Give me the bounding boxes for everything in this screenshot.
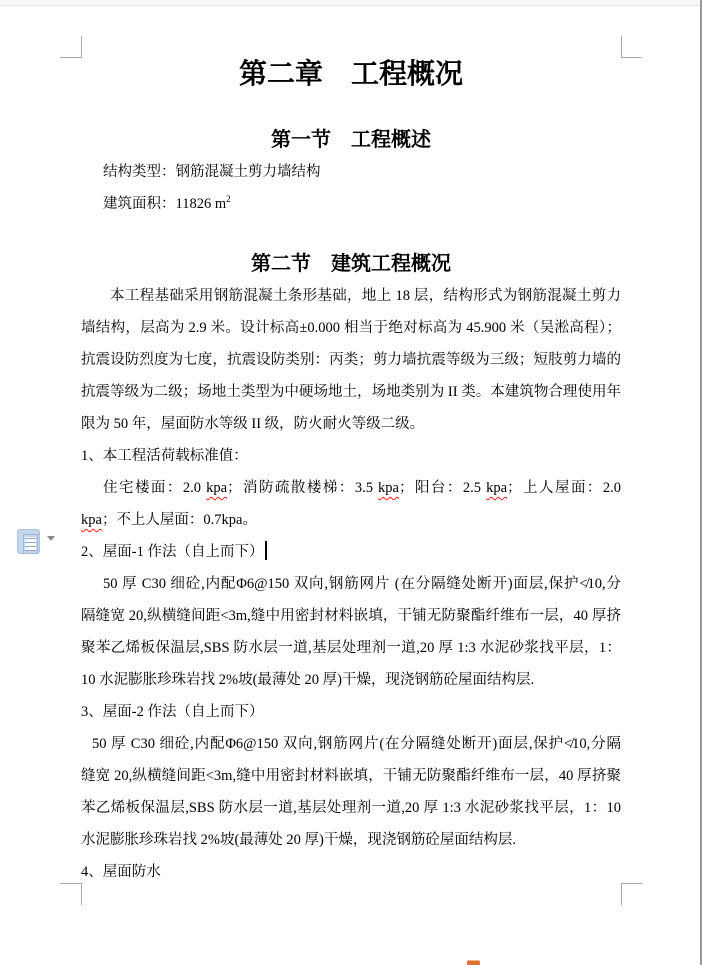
- chapter-title: 第二章 工程概况: [81, 58, 621, 92]
- text-boundary-mark-top-right-h: [621, 57, 642, 58]
- text-segment: 隔缝宽 20,纵横缝间距<3m,缝中用密封材料嵌填，干铺无防聚酯纤维布一层，40…: [81, 608, 621, 624]
- live-load-line: 住宅楼面：2.0 kpa；消防疏散楼梯：3.5 kpa；阳台：2.5 kpa；上…: [81, 472, 621, 504]
- section-1-heading: 第一节 工程概述: [81, 124, 621, 156]
- word-print-layout-view: 第二章 工程概况 第一节 工程概述结构类型：钢筋混凝土剪力墙结构建筑面积：118…: [0, 0, 702, 965]
- text-segment: ；上人屋面：2.0: [507, 480, 621, 496]
- text-segment: 50 厚 C30 细砼,内配Φ6@150 双向,钢筋网片 (在分隔缝处断开)面层…: [103, 576, 621, 592]
- roof1-method-line: 50 厚 C30 细砼,内配Φ6@150 双向,钢筋网片 (在分隔缝处断开)面层…: [81, 568, 621, 600]
- text-segment: 2: [226, 194, 231, 204]
- text-segment: 苯乙烯板保温层,SBS 防水层一道,基层处理剂一道,20 厚 1:3 水泥砂浆找…: [81, 800, 621, 816]
- text-cursor: [265, 541, 267, 560]
- list-item-1: 1、本工程活荷载标准值：: [81, 440, 621, 472]
- bottom-edge-marker: [467, 960, 480, 965]
- text-segment: 墙结构，层高为 2.9 米。设计标高±0.000 相当于绝对标高为 45.900…: [81, 320, 621, 336]
- text-segment: 聚苯乙烯板保温层,SBS 防水层一道,基层处理剂一道,20 厚 1:3 水泥砂浆…: [81, 640, 621, 656]
- text-segment: 1、本工程活荷载标准值：: [81, 448, 248, 464]
- structure-type-line: 结构类型：钢筋混凝土剪力墙结构: [81, 156, 621, 188]
- overview-paragraph-line: 本工程基础采用钢筋混凝土条形基础，地上 18 层，结构形式为钢筋混凝土剪力: [81, 280, 621, 312]
- text-segment: 本工程基础采用钢筋混凝土条形基础，地上 18 层，结构形式为钢筋混凝土剪力: [110, 288, 621, 304]
- overview-paragraph-line: 墙结构，层高为 2.9 米。设计标高±0.000 相当于绝对标高为 45.900…: [81, 312, 621, 344]
- spellcheck-flagged-text: kpa: [206, 480, 227, 496]
- document-page-text[interactable]: 第二章 工程概况 第一节 工程概述结构类型：钢筋混凝土剪力墙结构建筑面积：118…: [81, 58, 621, 888]
- section-2-heading: 第二节 建筑工程概况: [81, 248, 621, 280]
- paste-options-clipboard-icon[interactable]: [17, 529, 40, 554]
- text-boundary-mark-bottom-right-h: [621, 883, 642, 884]
- spellcheck-flagged-text: kpa: [486, 480, 507, 496]
- text-segment: ；不上人屋面：0.7kpa。: [102, 512, 257, 528]
- overview-paragraph-line: 限为 50 年，屋面防水等级 II 级，防火耐火等级二级。: [81, 408, 621, 440]
- chevron-down-icon[interactable]: [47, 536, 55, 541]
- text-segment: 10 水泥膨胀珍珠岩找 2%坡(最薄处 20 厚)干燥，现浇钢筋砼屋面结构层.: [81, 672, 534, 688]
- roof2-method-line: 缝宽 20,纵横缝间距<3m,缝中用密封材料嵌填，干铺无防聚酯纤维布一层，40 …: [81, 760, 621, 792]
- text-boundary-mark-bottom-right-v: [621, 883, 622, 905]
- text-segment: 水泥膨胀珍珠岩找 2%坡(最薄处 20 厚)干燥，现浇钢筋砼屋面结构层.: [81, 832, 516, 848]
- building-area-line: 建筑面积：11826 m2: [81, 188, 621, 220]
- text-segment: ；消防疏散楼梯：3.5: [227, 480, 378, 496]
- text-segment: 2、屋面-1 作法（自上而下）: [81, 544, 263, 560]
- text-segment: 50 厚 C30 细砼,内配Φ6@150 双向,钢筋网片(在分隔缝处断开)面层,…: [92, 736, 621, 752]
- roof2-method-line: 苯乙烯板保温层,SBS 防水层一道,基层处理剂一道,20 厚 1:3 水泥砂浆找…: [81, 792, 621, 824]
- text-segment: 抗震等级为二级；场地土类型为中硬场地土，场地类别为 II 类。本建筑物合理使用年: [81, 384, 621, 400]
- overview-paragraph-line: 抗震等级为二级；场地土类型为中硬场地土，场地类别为 II 类。本建筑物合理使用年: [81, 376, 621, 408]
- roof2-method-line: 水泥膨胀珍珠岩找 2%坡(最薄处 20 厚)干燥，现浇钢筋砼屋面结构层.: [81, 824, 621, 856]
- list-item-4: 4、屋面防水: [81, 856, 621, 888]
- text-boundary-mark-top-left-h: [60, 57, 81, 58]
- text-segment: 4、屋面防水: [81, 864, 161, 880]
- text-boundary-mark-bottom-left-h: [60, 883, 81, 884]
- text-segment: 建筑面积：11826 m: [103, 196, 226, 212]
- document-page-glyph: [23, 534, 38, 554]
- text-segment: 住宅楼面：2.0: [103, 480, 206, 496]
- list-item-2: 2、屋面-1 作法（自上而下）: [81, 536, 621, 568]
- overview-paragraph-line: 抗震设防烈度为七度，抗震设防类别：丙类；剪力墙抗震等级为三级；短肢剪力墙的: [81, 344, 621, 376]
- text-segment: 抗震设防烈度为七度，抗震设防类别：丙类；剪力墙抗震等级为三级；短肢剪力墙的: [81, 352, 621, 368]
- text-segment: 限为 50 年，屋面防水等级 II 级，防火耐火等级二级。: [81, 416, 424, 432]
- roof1-method-line: 10 水泥膨胀珍珠岩找 2%坡(最薄处 20 厚)干燥，现浇钢筋砼屋面结构层.: [81, 664, 621, 696]
- roof1-method-line: 隔缝宽 20,纵横缝间距<3m,缝中用密封材料嵌填，干铺无防聚酯纤维布一层，40…: [81, 600, 621, 632]
- text-boundary-mark-top-left-v: [81, 36, 82, 58]
- live-load-line: kpa；不上人屋面：0.7kpa。: [81, 504, 621, 536]
- list-item-3: 3、屋面-2 作法（自上而下）: [81, 696, 621, 728]
- text-segment: 3、屋面-2 作法（自上而下）: [81, 704, 263, 720]
- text-segment: 缝宽 20,纵横缝间距<3m,缝中用密封材料嵌填，干铺无防聚酯纤维布一层，40 …: [81, 768, 621, 784]
- spellcheck-flagged-text: kpa: [81, 512, 102, 528]
- text-boundary-mark-top-right-v: [621, 36, 622, 58]
- text-segment: 结构类型：钢筋混凝土剪力墙结构: [103, 164, 321, 180]
- roof1-method-line: 聚苯乙烯板保温层,SBS 防水层一道,基层处理剂一道,20 厚 1:3 水泥砂浆…: [81, 632, 621, 664]
- text-segment: ；阳台：2.5: [399, 480, 486, 496]
- spellcheck-flagged-text: kpa: [378, 480, 399, 496]
- paste-options-button[interactable]: [17, 529, 59, 555]
- window-top-edge: [0, 0, 702, 6]
- roof2-method-line: 50 厚 C30 细砼,内配Φ6@150 双向,钢筋网片(在分隔缝处断开)面层,…: [81, 728, 621, 760]
